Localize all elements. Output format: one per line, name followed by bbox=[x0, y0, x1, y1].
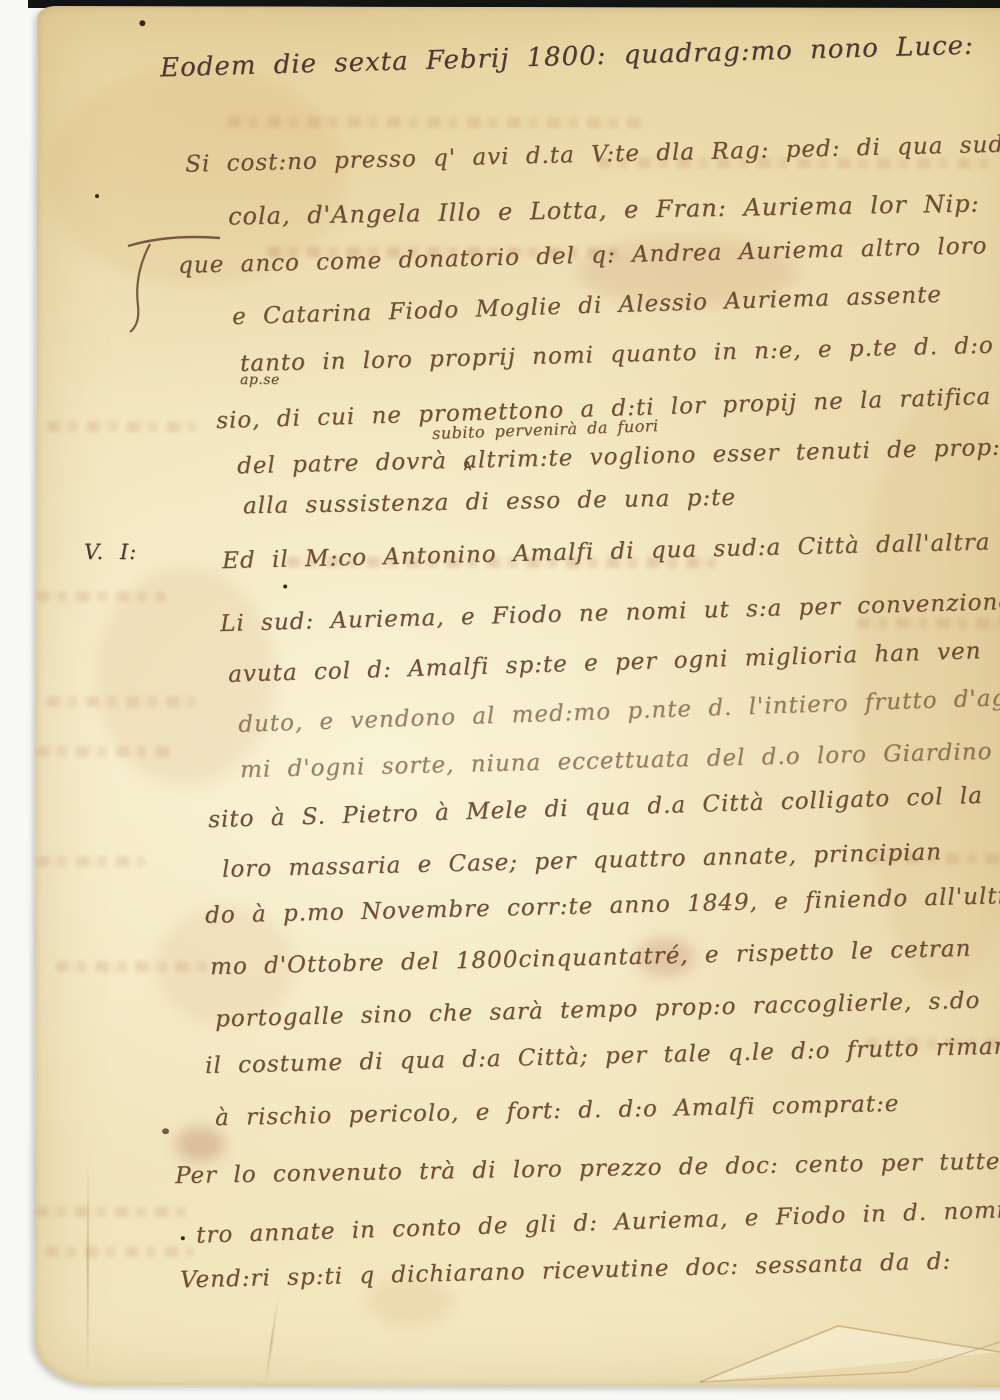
stain bbox=[175, 1126, 225, 1162]
ink-bleedthrough bbox=[46, 696, 196, 707]
ink-speck bbox=[162, 1128, 169, 1134]
ink-speck bbox=[139, 20, 145, 26]
ink-bleedthrough bbox=[55, 961, 215, 972]
ink-bleedthrough bbox=[35, 1206, 195, 1217]
superscript-note: ap.se bbox=[240, 372, 280, 388]
margin-note: V. I: bbox=[84, 540, 137, 564]
ink-bleedthrough bbox=[856, 618, 1000, 629]
ink-bleedthrough bbox=[45, 1246, 195, 1257]
ink-bleedthrough bbox=[47, 421, 197, 432]
fold-crease bbox=[264, 1297, 279, 1386]
document-scan: Eodem die sexta Febrij 1800: quadrag:mo … bbox=[0, 0, 1000, 1400]
ink-bleedthrough bbox=[36, 746, 176, 757]
ink-speck bbox=[283, 584, 287, 588]
ink-bleedthrough bbox=[36, 856, 146, 867]
ink-speck bbox=[181, 1236, 185, 1240]
fold-crease bbox=[87, 1156, 89, 1376]
ink-speck bbox=[95, 194, 99, 198]
ink-bleedthrough bbox=[227, 116, 647, 128]
ink-bleedthrough bbox=[36, 591, 166, 602]
